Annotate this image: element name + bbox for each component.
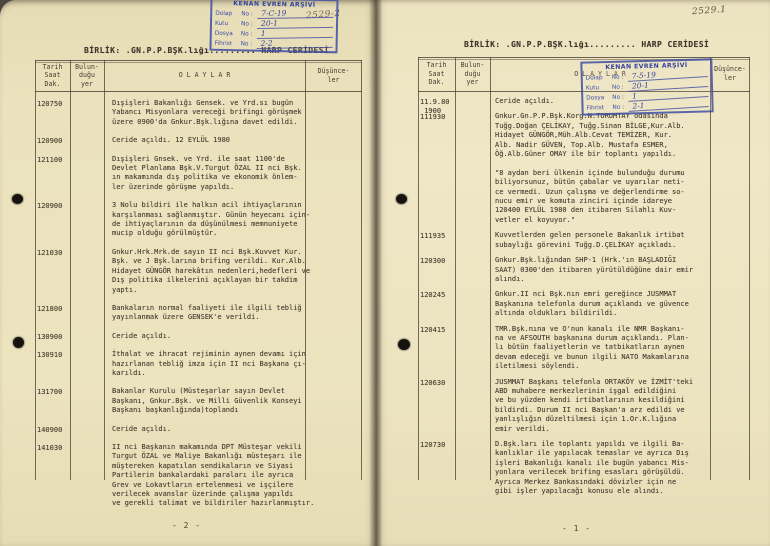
entry-text: Kuvvetlerden gelen personele Bakanlık ir…: [495, 231, 758, 250]
entry-text: 3 Nolu bildiri ile halkın acil ihtiyaçla…: [112, 201, 370, 239]
entry-time: 130900: [37, 333, 62, 342]
header-remarks: Düşünce- ler: [710, 57, 750, 91]
log-entry: 120415TMR.Bşk.nına ve O'nun kanalı ile N…: [418, 325, 758, 372]
entry-time: 120900: [37, 202, 62, 211]
log-entry: 120630JUSMMAT Başkanı telefonla ORTAKÖY …: [418, 378, 758, 434]
entry-time: 120900: [37, 137, 62, 146]
entry-text: Gnkur.Gn.P.P.Bşk.Korg.N.TORUMTAY odasınd…: [495, 112, 758, 225]
punch-hole: [398, 339, 410, 350]
log-entry: 131700Bakanlar Kurulu (Müsteşarlar sayın…: [35, 387, 370, 415]
entry-text: TMR.Bşk.nına ve O'nun kanalı ile NMR Baş…: [495, 325, 758, 372]
entry-time: 131700: [37, 388, 62, 397]
entry-time: 120245: [420, 291, 445, 300]
header-date: Tarih Saat Dak.: [418, 57, 455, 91]
log-entry: 120750Dışişleri Bakanlığı Gensek. ve Yrd…: [35, 99, 370, 127]
log-entry: 130910İthalat ve ihracat rejiminin aynen…: [35, 350, 370, 378]
log-entries: 11.9.80 1900Ceride açıldı.111930Gnkur.Gn…: [418, 97, 758, 502]
log-entry: 121030Gnkur.Hrk.Mrk.de sayın II nci Bşk.…: [35, 248, 370, 295]
entry-time: 120415: [420, 326, 445, 335]
log-entry: 120900Ceride açıldı. 12 EYLÜL 1980: [35, 136, 370, 145]
log-entry: 130900Ceride açıldı.: [35, 332, 370, 341]
log-entry: 111930Gnkur.Gn.P.P.Bşk.Korg.N.TORUMTAY o…: [418, 112, 758, 225]
log-entry: 120245Gnkur.II nci Bşk.nın emri gereğinc…: [418, 290, 758, 318]
entry-time: 120750: [37, 100, 62, 109]
log-entry: 1209003 Nolu bildiri ile halkın acil iht…: [35, 201, 370, 239]
entry-text: İthalat ve ihracat rejiminin aynen devam…: [112, 350, 370, 378]
log-entry: 120300Gnkur.Bşk.lığından SHP-1 (Hrk.'ın …: [418, 256, 758, 284]
punch-hole: [396, 194, 407, 204]
entry-time: 111930: [420, 113, 445, 122]
header-events: O L A Y L A R: [104, 60, 305, 91]
entry-time: 121100: [37, 156, 62, 165]
entry-time: 120300: [420, 257, 445, 266]
header-location: Bulun- duğu yer: [455, 57, 490, 91]
entry-text: D.Bşk.ları ile toplantı yapıldı ve ilgil…: [495, 440, 758, 496]
entry-text: Ceride açıldı.: [112, 425, 370, 434]
entry-text: Dışişleri Gnsek. ve Yrd. ile saat 1100'd…: [112, 155, 370, 193]
entry-text: Ceride açıldı. 12 EYLÜL 1980: [112, 136, 370, 145]
log-entry: 120730D.Bşk.ları ile toplantı yapıldı ve…: [418, 440, 758, 496]
log-entry: 121800Bankaların normal faaliyeti ile il…: [35, 304, 370, 323]
entry-text: II nci Başkanın makamında DPT Müsteşar v…: [112, 443, 370, 509]
entry-time: 141030: [37, 444, 62, 453]
entry-time: 121800: [37, 305, 62, 314]
diary-page-right: 2529.1 BİRLİK: .GN.P.P.BŞK.lığı.........…: [376, 0, 770, 546]
entry-time: 111935: [420, 232, 445, 241]
log-entry: 140900Ceride açıldı.: [35, 425, 370, 434]
entry-text: Ceride açıldı.: [112, 332, 370, 341]
entry-text: Gnkur.II nci Bşk.nın emri gereğince JUSM…: [495, 290, 758, 318]
log-entries: 120750Dışişleri Bakanlığı Gensek. ve Yrd…: [35, 99, 370, 518]
entry-time: 130910: [37, 351, 62, 360]
log-entry: 111935Kuvvetlerden gelen personele Bakan…: [418, 231, 758, 250]
entry-text: Dışişleri Bakanlığı Gensek. ve Yrd.sı bu…: [112, 99, 370, 127]
entry-text: Bankaların normal faaliyeti ile ilgili t…: [112, 304, 370, 323]
entry-time: 120630: [420, 379, 445, 388]
page-footer: - 1 -: [562, 524, 591, 533]
log-entry: 121100Dışişleri Gnsek. ve Yrd. ile saat …: [35, 155, 370, 193]
header-location: Bulun- duğu yer: [70, 60, 104, 91]
table-header: Tarih Saat Dak. Bulun- duğu yer O L A Y …: [35, 60, 362, 92]
entry-text: Gnkur.Hrk.Mrk.de sayın II nci Bşk.Kuvvet…: [112, 248, 370, 295]
header-remarks: Düşünce- ler: [305, 60, 362, 91]
page-ref-handwritten: 2529.1: [692, 5, 727, 17]
entry-time: 121030: [37, 249, 62, 258]
log-entry: 141030II nci Başkanın makamında DPT Müst…: [35, 443, 370, 509]
page-seam: [369, 0, 382, 546]
punch-hole: [12, 194, 23, 204]
diary-title: BİRLİK: .GN.P.P.BŞK.lığı......... HARP C…: [464, 40, 709, 49]
punch-hole: [13, 337, 24, 348]
header-date: Tarih Saat Dak.: [35, 60, 70, 91]
entry-time: 140900: [37, 426, 62, 435]
entry-text: Gnkur.Bşk.lığından SHP-1 (Hrk.'ın BAŞLAD…: [495, 256, 758, 284]
entry-text: JUSMMAT Başkanı telefonla ORTAKÖY ve İZM…: [495, 378, 758, 434]
entry-time: 120730: [420, 441, 445, 450]
archive-stamp: KENAN EVREN ARŞİVİ Dolap No : 7-5-19 Kut…: [580, 58, 713, 115]
diary-page-left: 2529-2 KENAN EVREN ARŞİVİ Dolap No : 7-C…: [0, 0, 376, 546]
archive-stamp: KENAN EVREN ARŞİVİ Dolap No : 7-C-19 Kut…: [209, 0, 338, 53]
entry-text: Bakanlar Kurulu (Müsteşarlar sayın Devle…: [112, 387, 370, 415]
page-footer: - 2 -: [172, 521, 201, 530]
